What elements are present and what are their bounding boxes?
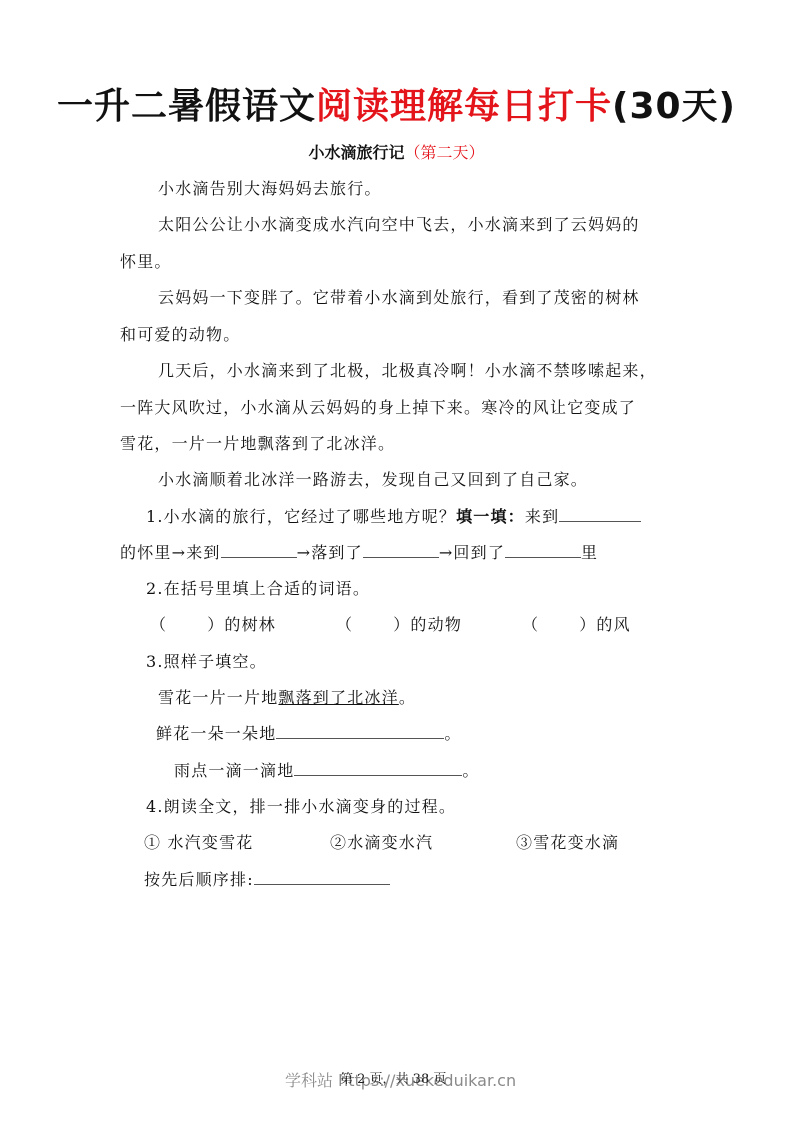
q1-text-c: →回到了 [439, 543, 505, 562]
title-suffix: (30天) [612, 86, 736, 127]
q2-item-2: ）的动物 [393, 615, 462, 634]
q3-end: 。 [462, 761, 479, 780]
q1-blank-2[interactable] [221, 541, 297, 558]
paragraph: 云妈妈一下变胖了。它带着小水滴到处旅行，看到了茂密的树林 [120, 285, 718, 308]
q4-order: 按先后顺序排: [120, 867, 704, 890]
q1-start: 来到 [525, 507, 559, 526]
paragraph: 小水滴顺着北冰洋一路游去，发现自己又回到了自己家。 [120, 467, 718, 490]
story-title-text: 小水滴旅行记 [308, 143, 404, 162]
q2-item-3: ）的风 [579, 615, 631, 634]
q4-options: ① 水汽变雪花②水滴变水汽③雪花变水滴 [120, 830, 704, 853]
q2-items: （）的树林（）的动物（）的风 [120, 612, 710, 635]
q3-example-underlined: 飘落到了北冰洋 [278, 688, 398, 707]
q1-bold: 填一填： [456, 507, 525, 526]
q4-order-label: 按先后顺序排: [144, 870, 254, 889]
paragraph: 一阵大风吹过，小水滴从云妈妈的身上掉下来。寒冷的风让它变成了 [120, 395, 680, 418]
q1-blank-1[interactable] [559, 505, 641, 522]
q1-blank-4[interactable] [505, 541, 581, 558]
page-title: 一升二暑假语文阅读理解每日打卡(30天) [0, 78, 793, 129]
q3-blank-1[interactable] [276, 722, 444, 739]
question-1: 1.小水滴的旅行，它经过了哪些地方呢？填一填：来到 [120, 504, 706, 527]
title-red: 阅读理解每日打卡 [316, 86, 612, 127]
paragraph: 雪花，一片一片地飘落到了北冰洋。 [120, 431, 680, 454]
q4-blank[interactable] [254, 868, 390, 885]
q1-text-a: 的怀里→来到 [120, 543, 221, 562]
q3-end: 。 [444, 724, 461, 743]
paragraph: 小水滴告别大海妈妈去旅行。 [120, 176, 718, 199]
q3-item-1: 鲜花一朵一朵地。 [120, 721, 716, 744]
q3-example-end: 。 [399, 688, 416, 707]
q3-example: 雪花一片一片地飘落到了北冰洋。 [120, 685, 718, 708]
open-paren: （ [150, 615, 167, 634]
q3-blank-2[interactable] [294, 759, 462, 776]
paragraph: 怀里。 [120, 249, 680, 272]
question-4: 4.朗读全文，排一排小水滴变身的过程。 [120, 794, 706, 817]
story-day-label: （第二天） [405, 143, 485, 162]
footer: 学科站 https://xuekeduikar.cn 第 2 页，共 38 页 [0, 1068, 793, 1092]
open-paren: （ [336, 615, 353, 634]
q4-option-1: ① 水汽变雪花 [144, 830, 330, 853]
q3-example-prefix: 雪花一片一片地 [158, 688, 278, 707]
q1-text-b: →落到了 [297, 543, 363, 562]
q3-item2-text: 雨点一滴一滴地 [174, 761, 294, 780]
q1-text-d: 里 [581, 543, 598, 562]
q1-blank-3[interactable] [363, 541, 439, 558]
q3-item-2: 雨点一滴一滴地。 [120, 758, 734, 781]
page-number: 第 2 页，共 38 页 [340, 1068, 446, 1087]
paragraph: 太阳公公让小水滴变成水汽向空中飞去，小水滴来到了云妈妈的 [120, 212, 718, 235]
story-title: 小水滴旅行记（第二天） [0, 140, 793, 163]
q4-option-3: ③雪花变水滴 [516, 833, 619, 852]
question-3: 3.照样子填空。 [120, 649, 706, 672]
question-1-line2: 的怀里→来到→落到了→回到了里 [120, 540, 680, 563]
q2-item-1: ）的树林 [207, 615, 276, 634]
paragraph: 和可爱的动物。 [120, 322, 680, 345]
title-black: 一升二暑假语文 [57, 86, 316, 127]
q1-prompt: 1.小水滴的旅行，它经过了哪些地方呢？ [146, 507, 456, 526]
q4-option-2: ②水滴变水汽 [330, 830, 516, 853]
q3-item1-text: 鲜花一朵一朵地 [156, 724, 276, 743]
paragraph: 几天后，小水滴来到了北极，北极真冷啊！小水滴不禁哆嗦起来， [120, 358, 718, 381]
question-2: 2.在括号里填上合适的词语。 [120, 576, 706, 599]
open-paren: （ [522, 615, 539, 634]
